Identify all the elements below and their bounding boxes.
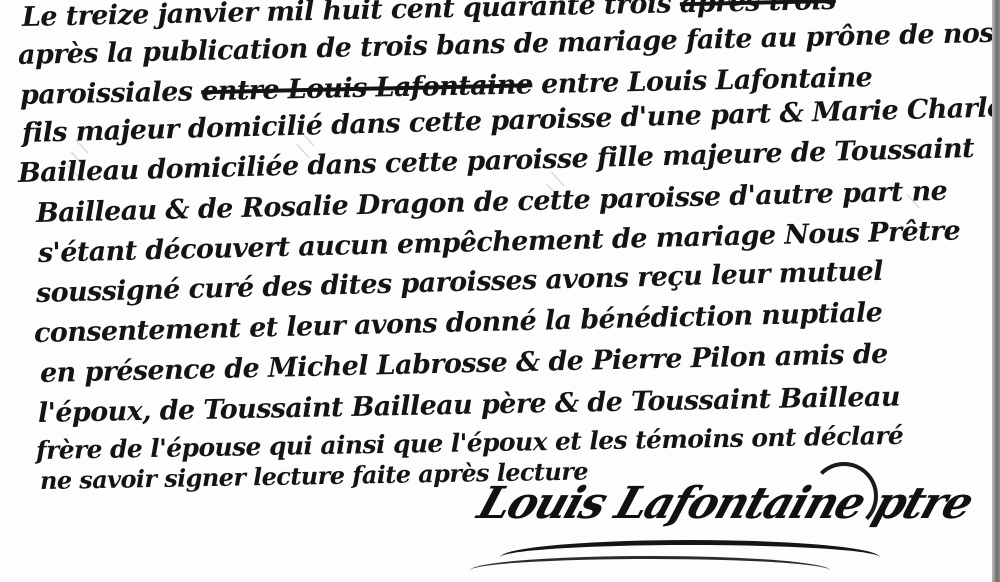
page-edge-shadow: [992, 0, 1000, 582]
scanned-record-page: / / / / / / / / Le treize janvier mil hu…: [0, 0, 1000, 582]
record-line-10: en présence de Michel Labrosse & de Pier…: [40, 339, 888, 389]
record-line-11: l'époux, de Toussaint Bailleau père & de…: [38, 381, 900, 429]
signature-lower-flourish: [470, 556, 830, 582]
signature-flourish-curl: [810, 462, 878, 530]
signature: Louis Lafontaine ptre: [472, 478, 978, 529]
